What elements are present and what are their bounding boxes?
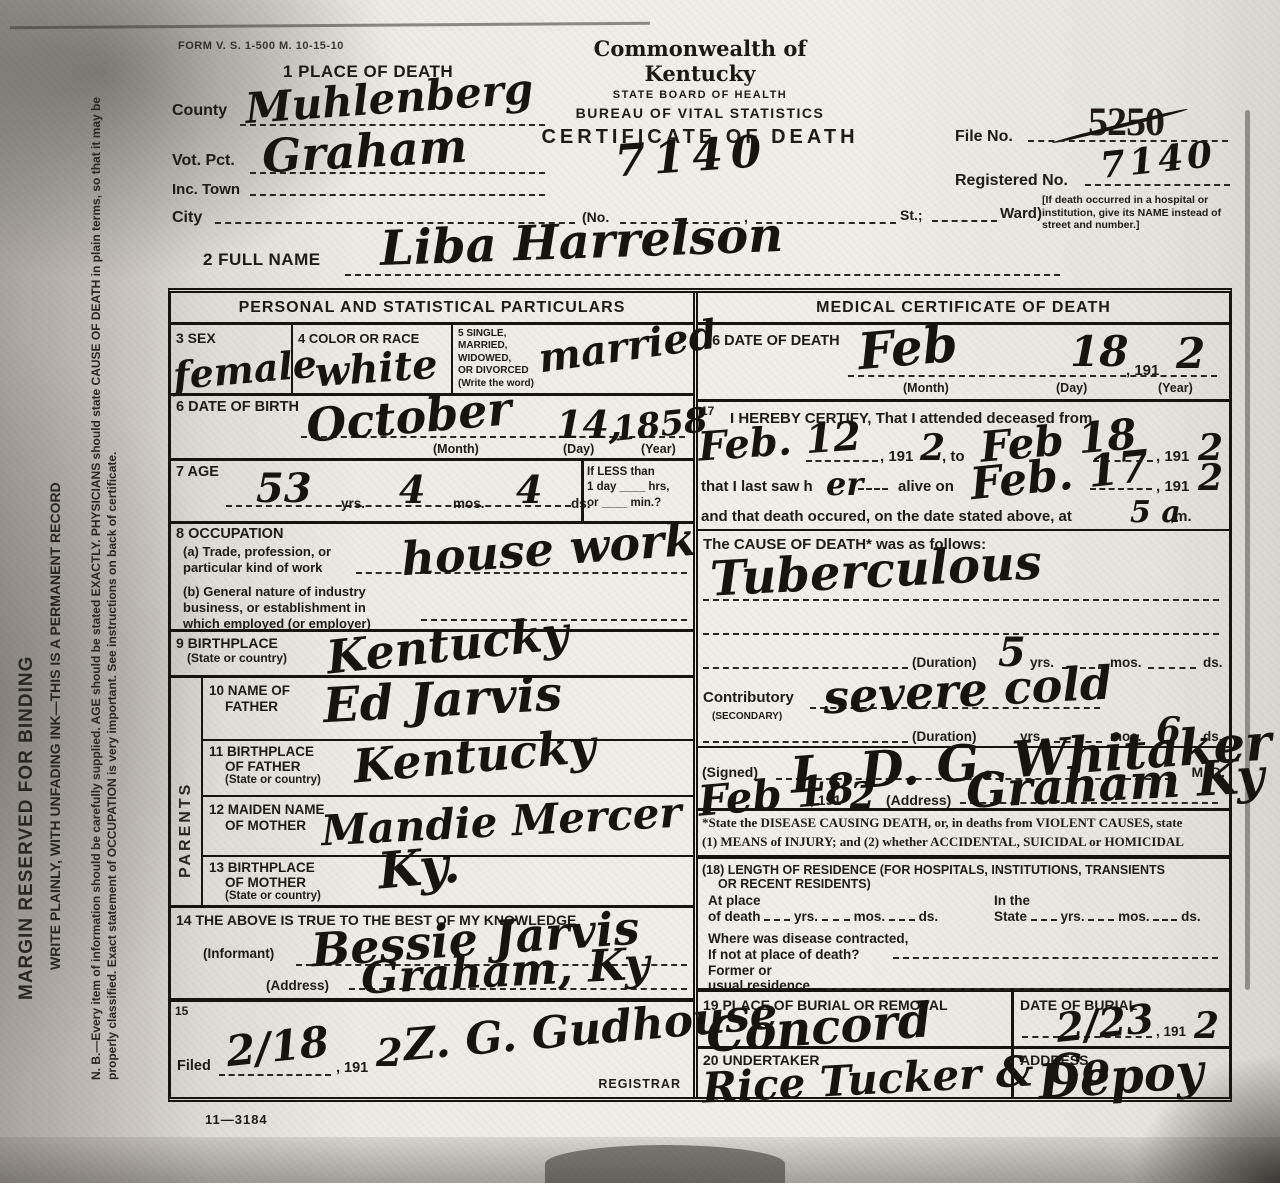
father-name-label-line1: 10 NAME OF bbox=[209, 683, 290, 698]
signed-block: (Signed) L. D. G. Whitaker M. D. Feb 18 … bbox=[698, 748, 1229, 812]
dod-day-sublabel: (Day) bbox=[1056, 381, 1087, 395]
mother-bp-label-line1: 13 BIRTHPLACE bbox=[209, 860, 315, 875]
vot-pct-label: Vot. Pct. bbox=[172, 152, 235, 170]
from-year-print: , 191 bbox=[880, 448, 913, 465]
registrar-label: REGISTRAR bbox=[598, 1077, 681, 1091]
age-months-value: 4 bbox=[399, 471, 425, 509]
marital-value: married bbox=[536, 314, 719, 379]
marital-label-line3: WIDOWED, bbox=[458, 353, 534, 366]
burial-place-value: Concord bbox=[705, 996, 933, 1060]
dod-month-sublabel: (Month) bbox=[903, 381, 949, 395]
in-state-line: State yrs. mos. ds. bbox=[994, 909, 1201, 924]
date-of-death-row: 16 DATE OF DEATH (Month) (Day) (Year) Fe… bbox=[698, 325, 1229, 402]
dotted-line bbox=[893, 957, 1218, 959]
at-place-of-death-line: of death yrs. mos. ds. bbox=[708, 909, 938, 924]
age-row: 7 AGE 53 yrs. 4 mos. 4 ds. If LESS than … bbox=[171, 461, 693, 524]
in-the-label: In the bbox=[994, 893, 1030, 908]
full-name-value: Liba Harrelson bbox=[379, 211, 784, 273]
of-death-label: of death bbox=[708, 909, 761, 924]
contributory-value: severe cold bbox=[822, 660, 1113, 721]
last-saw-mid: alive on bbox=[898, 478, 954, 495]
dod-year-sublabel: (Year) bbox=[1158, 381, 1193, 395]
dotted-line bbox=[764, 910, 790, 921]
dod-label: 16 DATE OF DEATH bbox=[704, 333, 840, 349]
filed-label: Filed bbox=[177, 1058, 211, 1074]
filed-year-value: 2 bbox=[376, 1034, 402, 1072]
mother-birthplace-value: Ky. bbox=[376, 839, 462, 896]
month-sublabel: (Month) bbox=[433, 442, 479, 456]
personal-column-title: PERSONAL AND STATISTICAL PARTICULARS bbox=[171, 293, 693, 325]
less-line1: If LESS than bbox=[587, 465, 690, 481]
mos-label: mos. bbox=[854, 909, 886, 924]
occupation-label: 8 OCCUPATION bbox=[176, 526, 283, 542]
less-line2: 1 day ____ hrs, bbox=[587, 480, 690, 496]
to-word: , to bbox=[942, 448, 965, 465]
occupation-row: 8 OCCUPATION (a) Trade, profession, or p… bbox=[171, 524, 693, 632]
filed-block: 15 Filed 2/18 , 191 2 Z. G. Gudhouse REG… bbox=[171, 1002, 693, 1097]
hospital-note: [If death occurred in a hospital or inst… bbox=[1042, 194, 1237, 232]
if-less-than-box: If LESS than 1 day ____ hrs, or ____ min… bbox=[581, 461, 693, 521]
margin-permanent-note: WRITE PLAINLY, WITH UNFADING INK—THIS IS… bbox=[47, 290, 63, 970]
burial-date-value: 2/23 bbox=[1054, 999, 1156, 1049]
dod-month-value: Feb bbox=[856, 319, 960, 377]
margin-binding-note: MARGIN RESERVED FOR BINDING bbox=[16, 380, 38, 1000]
father-name-label-line2: FATHER bbox=[225, 699, 278, 714]
birthplace-label: 9 BIRTHPLACE bbox=[176, 635, 278, 651]
commonwealth-title: Commonwealth of Kentucky bbox=[535, 36, 865, 86]
print-code: 11—3184 bbox=[205, 1112, 268, 1127]
dod-year-value: 2 bbox=[1176, 333, 1205, 375]
filed-item-number: 15 bbox=[175, 1004, 188, 1018]
last-saw-pre: that I last saw h bbox=[701, 478, 813, 495]
age-main-cell: 7 AGE 53 yrs. 4 mos. 4 ds. bbox=[171, 461, 581, 521]
scan-artifact-top-edge bbox=[10, 22, 650, 29]
age-label: 7 AGE bbox=[176, 464, 219, 480]
state-board-subtitle: STATE BOARD OF HEALTH bbox=[535, 89, 865, 101]
dod-day-value: 18 bbox=[1070, 331, 1128, 373]
age-yrs-unit: yrs. bbox=[341, 496, 365, 511]
dotted-line bbox=[1148, 667, 1196, 669]
center-number-handwritten: 7140 bbox=[614, 130, 771, 185]
medical-column-title: MEDICAL CERTIFICATE OF DEATH bbox=[698, 293, 1229, 325]
registered-no-label: Registered No. bbox=[955, 172, 1068, 190]
to-year-print: , 191 bbox=[1156, 448, 1189, 465]
former-residence-line1: Former or bbox=[708, 963, 772, 978]
scan-artifact-bottom-smudge bbox=[545, 1145, 785, 1183]
mother-name-label-line2: OF MOTHER bbox=[225, 818, 306, 833]
burial-year-value: 2 bbox=[1194, 1008, 1219, 1044]
mother-maiden-name-value: Mandie Mercer bbox=[320, 792, 682, 853]
duration1-ds-unit: ds. bbox=[1203, 655, 1223, 670]
age-years-value: 53 bbox=[256, 469, 312, 509]
father-bp-label-line1: 11 BIRTHPLACE bbox=[209, 744, 314, 759]
ds-label: ds. bbox=[919, 909, 939, 924]
attended-from-value: Feb. 12 bbox=[697, 417, 863, 468]
marital-label-line1: 5 SINGLE, bbox=[458, 328, 534, 341]
dotted-line bbox=[889, 910, 915, 921]
cause-of-death-block: The CAUSE OF DEATH* was as follows: Tube… bbox=[698, 531, 1229, 747]
mother-bp-label-line2: OF MOTHER bbox=[225, 875, 306, 890]
sex-cell: 3 SEX female bbox=[171, 325, 293, 393]
dotted-line bbox=[826, 988, 1218, 990]
duration1-mos-unit: mos. bbox=[1110, 655, 1142, 670]
occupation-a-line1: (a) Trade, profession, or bbox=[183, 544, 331, 559]
father-bp-state-note: (State or country) bbox=[225, 774, 321, 786]
filed-year-print: , 191 bbox=[336, 1060, 368, 1076]
residence-label-line1: (18) LENGTH OF RESIDENCE (FOR HOSPITALS,… bbox=[702, 863, 1165, 877]
city-ward-label: Ward) bbox=[1000, 205, 1042, 222]
cause-value: Tuberculous bbox=[709, 539, 1043, 604]
yrs-label: yrs. bbox=[1061, 909, 1085, 924]
bureau-subtitle: BUREAU OF VITAL STATISTICS bbox=[535, 105, 865, 121]
marital-label-line2: MARRIED, bbox=[458, 340, 534, 353]
parents-label: PARENTS bbox=[177, 708, 195, 878]
birthplace-row: 9 BIRTHPLACE (State or country) Kentucky bbox=[171, 632, 693, 677]
death-time-value: 5 a bbox=[1130, 498, 1181, 528]
dotted-line bbox=[1088, 910, 1114, 921]
burial-row: 19 PLACE OF BURIAL OR REMOVAL Concord DA… bbox=[698, 992, 1229, 1050]
saw-year-print: , 191 bbox=[1156, 478, 1189, 495]
vot-pct-value: Graham bbox=[261, 123, 468, 180]
form-code: FORM V. S. 1-500 M. 10-15-10 bbox=[178, 40, 344, 52]
residence-label-line2: OR RECENT RESIDENTS) bbox=[718, 877, 871, 891]
sign-address-value: Graham Ky bbox=[965, 752, 1265, 816]
occupation-b-line2: business, or establishment in bbox=[183, 600, 366, 615]
city-st-label: St.; bbox=[900, 207, 923, 223]
city-label: City bbox=[172, 209, 202, 227]
dotted-line bbox=[1153, 910, 1177, 921]
certificate-body: PERSONAL AND STATISTICAL PARTICULARS 3 S… bbox=[168, 288, 1232, 1102]
mother-name-label-line1: 12 MAIDEN NAME bbox=[209, 802, 325, 817]
informant-address-label: (Address) bbox=[266, 978, 329, 993]
mother-bp-state-note: (State or country) bbox=[225, 890, 321, 902]
parents-side-label-cell: PARENTS bbox=[171, 678, 203, 905]
race-value: white bbox=[314, 344, 439, 392]
file-no-label: File No. bbox=[955, 128, 1013, 146]
dotted-line bbox=[932, 204, 997, 222]
burial-date-cell: DATE OF BURIAL 2/23 , 191 2 bbox=[1014, 992, 1229, 1047]
death-certificate-scan: MARGIN RESERVED FOR BINDING WRITE PLAINL… bbox=[0, 0, 1280, 1183]
mother-birthplace-row: 13 BIRTHPLACE OF MOTHER (State or countr… bbox=[203, 857, 693, 905]
scan-artifact-right-edge bbox=[1245, 110, 1250, 990]
sex-race-marital-row: 3 SEX female 4 COLOR OR RACE white 5 SIN… bbox=[171, 325, 693, 396]
full-name-label: 2 FULL NAME bbox=[203, 250, 321, 270]
saw-year-value: 2 bbox=[1198, 460, 1223, 496]
death-occurred-text: and that death occured, on the date stat… bbox=[701, 508, 1072, 525]
sex-value: female bbox=[172, 344, 319, 394]
age-mos-unit: mos. bbox=[453, 496, 485, 511]
medical-column: MEDICAL CERTIFICATE OF DEATH 16 DATE OF … bbox=[698, 293, 1229, 1097]
father-bp-label-line2: OF FATHER bbox=[225, 759, 301, 774]
disease-contracted-line1: Where was disease contracted, bbox=[708, 931, 908, 946]
county-label: County bbox=[172, 102, 227, 120]
disease-contracted-line2: If not at place of death? bbox=[708, 947, 860, 962]
undertaker-address-value: Depoy bbox=[1037, 1048, 1206, 1107]
parents-rows: 10 NAME OF FATHER Ed Jarvis 11 BIRTHPLAC… bbox=[203, 678, 693, 905]
secondary-label: (SECONDARY) bbox=[712, 711, 782, 722]
less-line3: or ____ min.? bbox=[587, 496, 690, 512]
date-of-birth-row: 6 DATE OF BIRTH (Month) (Day) (Year) Oct… bbox=[171, 396, 693, 461]
state-label: State bbox=[994, 909, 1027, 924]
dob-label: 6 DATE OF BIRTH bbox=[176, 399, 299, 415]
at-place-label: At place bbox=[708, 893, 761, 908]
sign-year-value: 2 bbox=[850, 778, 875, 814]
dotted-line bbox=[1031, 910, 1057, 921]
ds-label: ds. bbox=[1181, 909, 1201, 924]
sign-date-value: Feb 18 bbox=[696, 767, 856, 822]
marital-label-line4: OR DIVORCED bbox=[458, 365, 534, 378]
sex-label: 3 SEX bbox=[176, 330, 216, 346]
last-saw-fill: er bbox=[826, 468, 863, 500]
from-year-value: 2 bbox=[920, 430, 945, 466]
footnote-line2: (1) MEANS of INJURY; and (2) whether ACC… bbox=[702, 833, 1225, 852]
father-name-value: Ed Jarvis bbox=[322, 669, 563, 729]
informant-address-value: Graham, Ky bbox=[360, 942, 651, 1001]
scan-artifact-bottom-band bbox=[0, 1137, 1280, 1183]
filed-date-value: 2/18 bbox=[224, 1021, 331, 1074]
age-days-value: 4 bbox=[516, 471, 542, 509]
personal-column: PERSONAL AND STATISTICAL PARTICULARS 3 S… bbox=[171, 293, 698, 1097]
father-birthplace-row: 11 BIRTHPLACE OF FATHER (State or countr… bbox=[203, 741, 693, 797]
contributory-label: Contributory bbox=[703, 689, 794, 706]
mos-label: mos. bbox=[1118, 909, 1150, 924]
dod-year-print: , 191 bbox=[1126, 362, 1159, 379]
race-cell: 4 COLOR OR RACE white bbox=[293, 325, 453, 393]
yrs-label: yrs. bbox=[794, 909, 818, 924]
occupation-a-line2: particular kind of work bbox=[183, 560, 322, 575]
undertaker-address-cell: ADDRESS Depoy bbox=[1014, 1049, 1229, 1097]
margin-nb-note: N. B.—Every item of information should b… bbox=[88, 70, 154, 1080]
burial-year-print: , 191 bbox=[1156, 1024, 1186, 1039]
birthplace-state-note: (State or country) bbox=[187, 651, 287, 665]
dob-year-value: 1858 bbox=[611, 403, 709, 447]
certify-block: 17 I HEREBY CERTIFY, That I attended dec… bbox=[698, 402, 1229, 531]
informant-block: 14 THE ABOVE IS TRUE TO THE BEST OF MY K… bbox=[171, 908, 693, 1003]
parents-block: PARENTS 10 NAME OF FATHER Ed Jarvis 11 B… bbox=[171, 678, 693, 908]
informant-label: (Informant) bbox=[203, 946, 274, 961]
marital-label: 5 SINGLE, MARRIED, WIDOWED, OR DIVORCED … bbox=[458, 328, 534, 391]
residence-block: (18) LENGTH OF RESIDENCE (FOR HOSPITALS,… bbox=[698, 859, 1229, 992]
inc-town-label: Inc. Town bbox=[172, 181, 240, 198]
dotted-line bbox=[822, 910, 850, 921]
occupation-b-line1: (b) General nature of industry bbox=[183, 584, 366, 599]
dotted-line bbox=[703, 633, 1219, 635]
